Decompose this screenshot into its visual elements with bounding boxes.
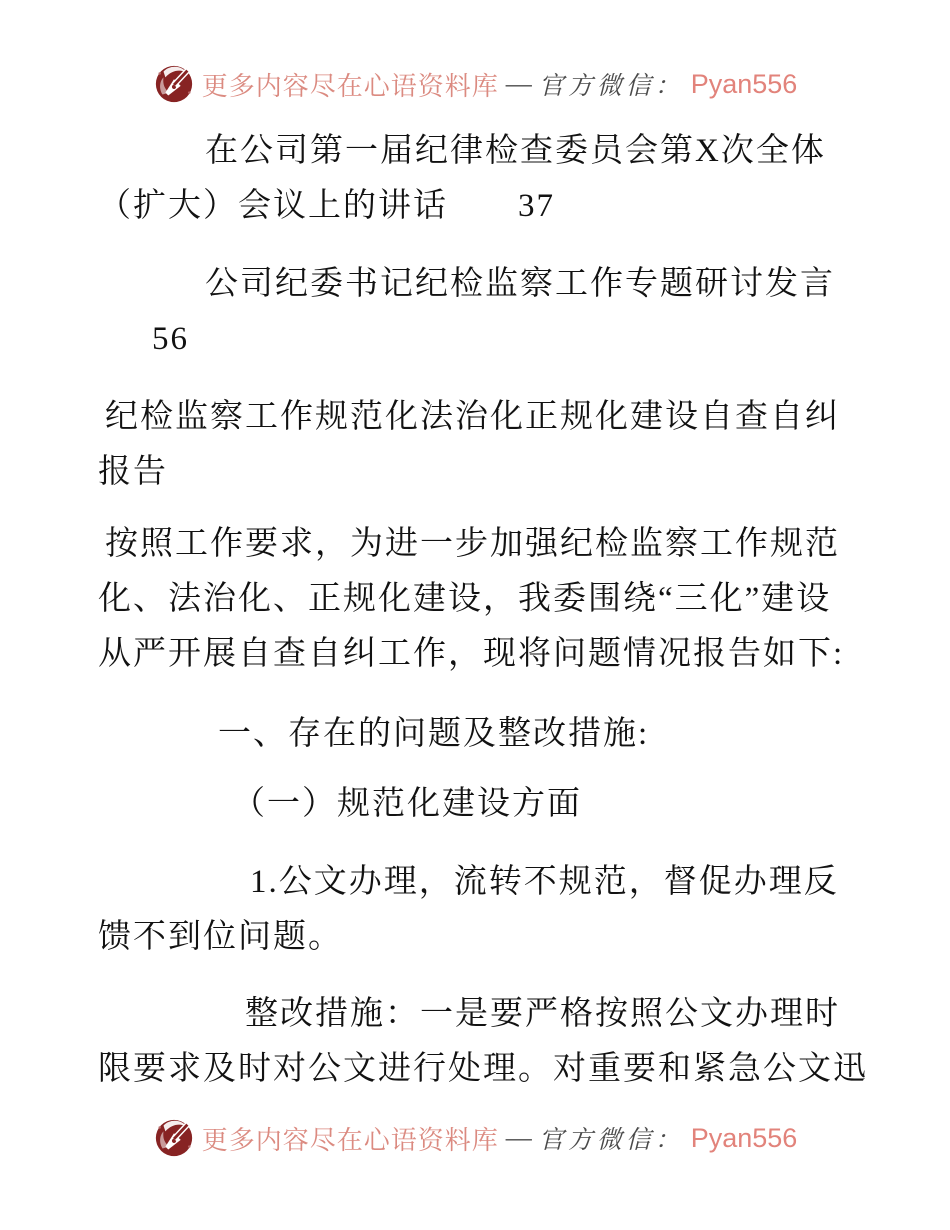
watermark-dash: — — [506, 69, 532, 99]
intro-paragraph-line: 化、法治化、正规化建设，我委围绕“三化”建设 — [98, 572, 870, 627]
issue-paragraph-line: 1.公文办理，流转不规范，督促办理反 — [250, 855, 870, 910]
watermark-wechat-id: Pyan556 — [691, 69, 798, 100]
issue-paragraph-line: 馈不到位问题。 — [98, 910, 870, 965]
subsection-heading: （一）规范化建设方面 — [232, 777, 870, 832]
toc-page-number: 56 — [152, 312, 870, 367]
pen-nib-logo-icon — [153, 62, 195, 106]
watermark-wechat-id: Pyan556 — [691, 1123, 798, 1154]
watermark-wechat-label: 官方微信： — [539, 1120, 684, 1156]
footer-watermark: 更多内容尽在心语资料库—官方微信： Pyan556 — [0, 1116, 950, 1160]
document-title-line: 纪检监察工作规范化法治化正规化建设自查自纠 — [105, 390, 870, 445]
watermark-brand-text: 更多内容尽在心语资料库 — [202, 66, 499, 103]
pen-nib-logo-icon — [153, 1116, 195, 1160]
toc-entry-line: 公司纪委书记纪检监察工作专题研讨发言 — [205, 257, 870, 312]
toc-entry-line: 在公司第一届纪律检查委员会第X次全体 — [205, 124, 870, 179]
document-title-line: 报告 — [98, 445, 870, 500]
document-page: 在公司第一届纪律检查委员会第X次全体 （扩大）会议上的讲话 37 公司纪委书记纪… — [98, 124, 870, 1097]
intro-paragraph-line: 从严开展自查自纠工作，现将问题情况报告如下: — [98, 627, 870, 682]
header-watermark: 更多内容尽在心语资料库—官方微信： Pyan556 — [0, 62, 950, 106]
measures-paragraph-line: 整改措施：一是要严格按照公文办理时 — [245, 987, 870, 1042]
watermark-brand-text: 更多内容尽在心语资料库 — [202, 1120, 499, 1157]
intro-paragraph-line: 按照工作要求，为进一步加强纪检监察工作规范 — [105, 517, 870, 572]
section-heading: 一、存在的问题及整改措施: — [218, 707, 870, 762]
watermark-wechat-label: 官方微信： — [539, 66, 684, 102]
toc-entry-line: （扩大）会议上的讲话 37 — [98, 179, 870, 234]
watermark-dash: — — [506, 1123, 532, 1153]
measures-paragraph-line: 限要求及时对公文进行处理。对重要和紧急公文迅 — [98, 1042, 870, 1097]
